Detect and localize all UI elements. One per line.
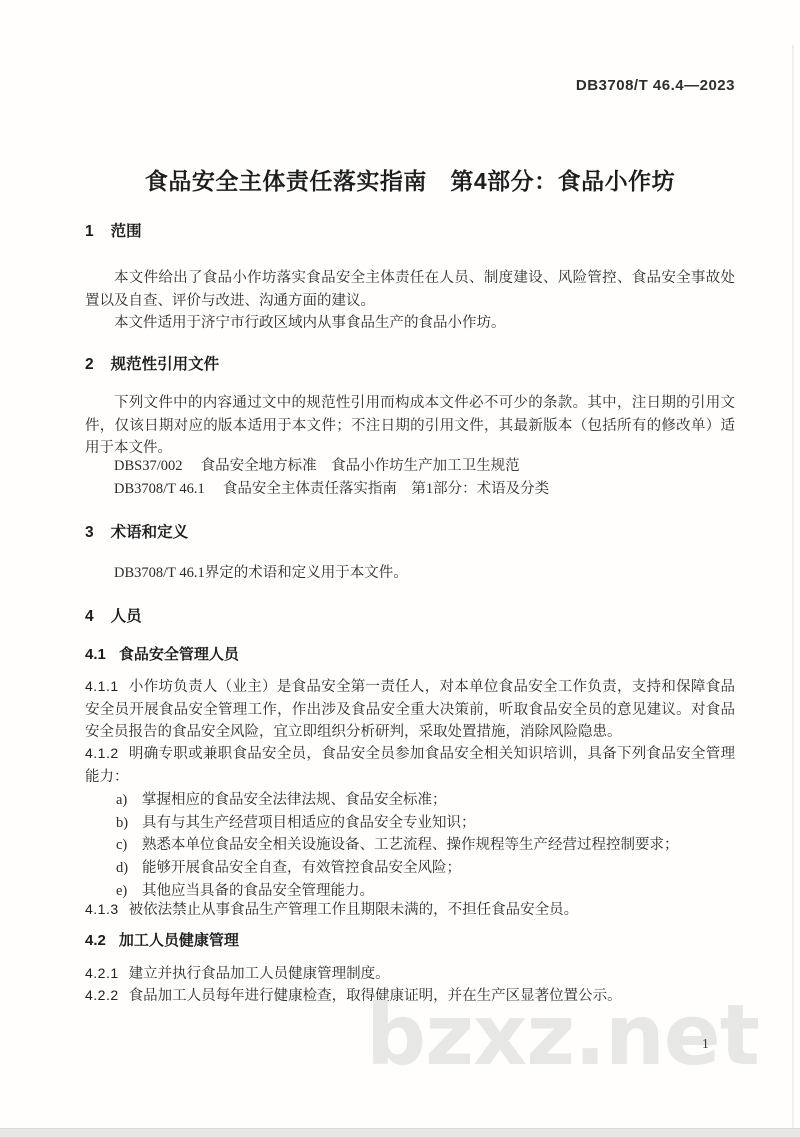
clause-4-1-3-number: 4.1.3 xyxy=(85,901,119,917)
section-4-1-heading: 4.1食品安全管理人员 xyxy=(85,645,735,665)
section-1-paragraph: 本文件给出了食品小作坊落实食品安全主体责任在人员、制度建设、风险管控、食品安全事… xyxy=(85,267,735,312)
section-1-title: 范围 xyxy=(111,223,142,240)
list-item-label: d) xyxy=(116,857,142,880)
section-2-number: 2 xyxy=(85,356,94,373)
list-item-label: b) xyxy=(116,812,142,835)
clause-4-1-2-text: 明确专职或兼职食品安全员，食品安全员参加食品安全相关知识培训，具备下列食品安全管… xyxy=(85,746,735,785)
list-item: b) 具有与其生产经营项目相适应的食品安全专业知识； xyxy=(85,812,735,835)
list-item: c) 熟悉本单位食品安全相关设施设备、工艺流程、操作规程等生产经营过程控制要求； xyxy=(85,834,735,857)
clause-4-1-2-number: 4.1.2 xyxy=(85,745,119,761)
section-1-number: 1 xyxy=(85,223,94,240)
section-3-paragraph: DB3708/T 46.1界定的术语和定义用于本文件。 xyxy=(85,562,735,585)
section-2-paragraph: 下列文件中的内容通过文中的规范性引用而构成本文件必不可少的条款。其中，注日期的引… xyxy=(85,392,735,460)
standard-code: DB3708/T 46.4—2023 xyxy=(85,76,735,96)
section-3-heading: 3术语和定义 xyxy=(85,523,735,543)
list-item-label: a) xyxy=(116,789,142,812)
section-4-2-title: 加工人员健康管理 xyxy=(119,932,239,949)
clause-4-2-2-number: 4.2.2 xyxy=(85,987,119,1003)
page-right-edge xyxy=(792,45,794,1128)
list-item-text: 能够开展食品安全自查，有效管控食品安全风险； xyxy=(142,857,735,880)
clause-4-1-1-number: 4.1.1 xyxy=(85,678,119,694)
section-3-number: 3 xyxy=(85,524,94,541)
clause-4-1-1-text: 小作坊负责人（业主）是食品安全第一责任人，对本单位食品安全工作负责，支持和保障食… xyxy=(85,679,735,740)
clause-4-2-1-number: 4.2.1 xyxy=(85,965,119,981)
document-title: 食品安全主体责任落实指南 第4部分：食品小作坊 xyxy=(85,166,735,196)
section-1-heading: 1范围 xyxy=(85,222,735,242)
section-4-2-number: 4.2 xyxy=(85,932,106,949)
list-item: d) 能够开展食品安全自查，有效管控食品安全风险； xyxy=(85,857,735,880)
clause-4-1-2: 4.1.2明确专职或兼职食品安全员，食品安全员参加食品安全相关知识培训，具备下列… xyxy=(85,742,735,788)
section-4-1-number: 4.1 xyxy=(85,646,106,663)
list-item-text: 掌握相应的食品安全法律法规、食品安全标准； xyxy=(142,789,735,812)
clause-4-2-1: 4.2.1建立并执行食品加工人员健康管理制度。 xyxy=(85,962,735,986)
section-4-1-title: 食品安全管理人员 xyxy=(119,646,239,663)
normative-reference: DBS37/002 食品安全地方标准 食品小作坊生产加工卫生规范 xyxy=(85,455,735,478)
section-3-title: 术语和定义 xyxy=(111,524,189,541)
clause-4-1-2-list: a) 掌握相应的食品安全法律法规、食品安全标准； b) 具有与其生产经营项目相适… xyxy=(85,789,735,903)
list-item-text: 熟悉本单位食品安全相关设施设备、工艺流程、操作规程等生产经营过程控制要求； xyxy=(142,834,735,857)
section-4-title: 人员 xyxy=(111,608,142,625)
section-4-number: 4 xyxy=(85,608,94,625)
scanned-page: DB3708/T 46.4—2023 食品安全主体责任落实指南 第4部分：食品小… xyxy=(0,0,800,1137)
section-2-title: 规范性引用文件 xyxy=(111,356,220,373)
clause-4-1-1: 4.1.1小作坊负责人（业主）是食品安全第一责任人，对本单位食品安全工作负责，支… xyxy=(85,675,735,744)
list-item-text: 具有与其生产经营项目相适应的食品安全专业知识； xyxy=(142,812,735,835)
page-number: 1 xyxy=(702,1036,709,1052)
site-watermark: bzxz.net xyxy=(366,993,759,1077)
section-1-paragraph: 本文件适用于济宁市行政区域内从事食品生产的食品小作坊。 xyxy=(85,312,735,335)
list-item: a) 掌握相应的食品安全法律法规、食品安全标准； xyxy=(85,789,735,812)
clause-4-2-1-text: 建立并执行食品加工人员健康管理制度。 xyxy=(129,966,390,982)
section-2-heading: 2规范性引用文件 xyxy=(85,355,735,375)
section-4-heading: 4人员 xyxy=(85,607,735,627)
clause-4-1-3-text: 被依法禁止从事食品生产管理工作且期限未满的，不担任食品安全员。 xyxy=(129,902,579,918)
section-4-2-heading: 4.2加工人员健康管理 xyxy=(85,931,735,951)
clause-4-1-3: 4.1.3被依法禁止从事食品生产管理工作且期限未满的，不担任食品安全员。 xyxy=(85,898,735,922)
normative-reference: DB3708/T 46.1 食品安全主体责任落实指南 第1部分：术语及分类 xyxy=(85,478,735,501)
page-bottom-edge xyxy=(0,1128,800,1137)
list-item-label: c) xyxy=(116,834,142,857)
